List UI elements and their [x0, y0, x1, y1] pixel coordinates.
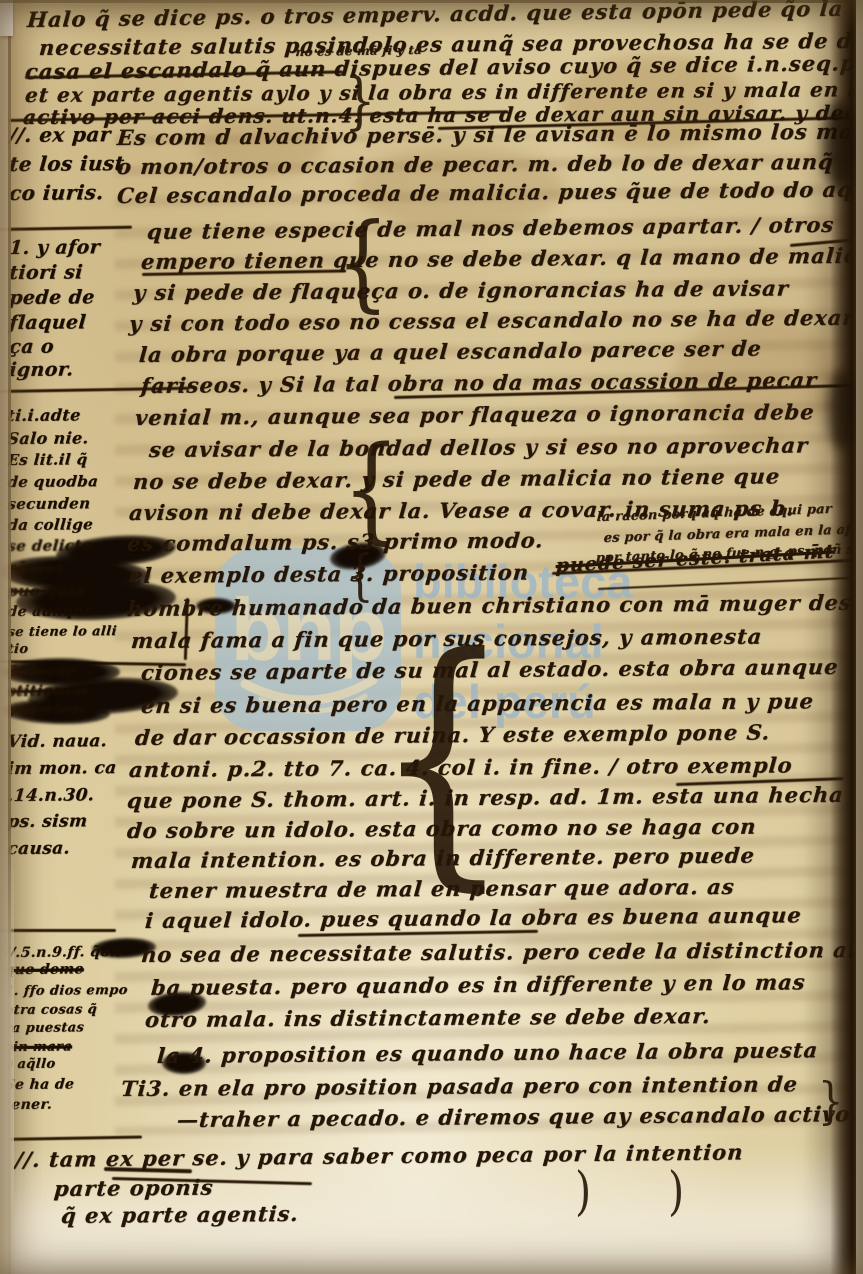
manuscript-line: i aquel idolo. pues quando la obra es bu… [144, 903, 803, 933]
manuscript-line: do sobre un idolo. esta obra como no se … [126, 815, 757, 844]
manuscript-line: es comdalum ps. s3 primo modo. [126, 528, 544, 556]
manuscript-line: tener muestra de mal en pensar que adora… [148, 875, 736, 903]
manuscript-line: no sea de necessitate salutis. pero cede… [140, 938, 863, 967]
margin-note: se tiene lo alli [7, 625, 118, 641]
manuscript-line: que pone S. thom. art. i. in resp. ad. 1… [126, 783, 845, 813]
manuscript-line: y si con todo eso no cessa el escandalo … [128, 306, 855, 336]
manuscript-line: —traher a pecado. e diremos que ay escan… [176, 1102, 851, 1132]
margin-note: y si otra. [7, 700, 85, 718]
margin-note: ra puestas [4, 1021, 85, 1037]
manuscript-line: hombre humanado da buen christiano con m… [126, 591, 853, 621]
margin-note: te los iust [8, 152, 125, 176]
margin-note: Se ha de [4, 1076, 75, 1093]
margin-note: im mon. ca [6, 759, 117, 780]
manuscript-line: Ti3. en ela pro position pasada pero con… [120, 1072, 799, 1101]
margin-note: otra cosas q̃ [4, 1003, 98, 1019]
manuscript-line: venial m., aunque sea por flaqueza o ign… [134, 400, 815, 430]
ink-underline [0, 929, 116, 932]
manuscript-line: parte oponis [53, 1176, 214, 1202]
margin-note: tener. [4, 1097, 53, 1114]
margin-note: co iuris. [8, 181, 104, 205]
manuscript-line: ciones se aparte de su mal al estado. es… [140, 655, 839, 685]
margin-note: Vid. naua. [6, 732, 107, 752]
margin-note: que deme [4, 961, 85, 978]
manuscript-line: mala intention. es obra in differente. p… [130, 844, 756, 874]
ink-underline [0, 1136, 142, 1141]
margin-note: secunden [7, 495, 91, 513]
margin-note: 1. y afor [8, 237, 101, 260]
ink-brace: ) [668, 1166, 684, 1218]
manuscript-line: mala fama a fin que por sus consejos, y … [130, 625, 763, 654]
margin-note: Es lit.il q̃ [7, 451, 89, 469]
manuscript-line: ba puesta. pero quando es in differente … [150, 970, 806, 1000]
interlinear-note: no es de mā fi y ta [295, 44, 422, 60]
margin-note: ignor. [8, 359, 74, 381]
margin-note: ti.i.adte [7, 406, 82, 425]
margin-note: puo quia [7, 582, 85, 600]
manuscript-line: //. tam ex per se. y para saber como pec… [14, 1140, 744, 1172]
margin-note: cā nos [7, 560, 64, 578]
gutter-shadow-blob [827, 370, 857, 450]
margin-note: stition. n [7, 682, 88, 700]
manuscript-line: Es com d alvachivo persē. y si le avisan… [116, 119, 863, 151]
manuscript-line: q̃ ex parte agentis. [60, 1202, 300, 1228]
manuscript-line: la 4. proposition es quando uno hace la … [156, 1038, 819, 1068]
manuscript-line: antoni. p.2. tto 7. ca. 4. col i. in fin… [128, 753, 794, 782]
margin-note: .14.n.30. [6, 786, 94, 806]
manuscript-line: el exemplo desta 3. proposition [128, 561, 530, 589]
manuscript-page: bnp biblioteca nacional del perú }{{{{})… [0, 0, 863, 1274]
margin-note: de quodba [7, 473, 99, 491]
margin-note: y aq̃llo [4, 1058, 56, 1073]
margin-note: Salo nie. [7, 429, 90, 448]
margin-note: tio [7, 643, 29, 658]
page-corner-notch [0, 0, 13, 36]
manuscript-line: y si pede de flaqueça o. de ignorancias … [132, 276, 790, 305]
ink-underline [598, 577, 850, 590]
manuscript-line: o mon/otros o ccasion de pecar. m. deb l… [116, 150, 835, 179]
margin-note: 3.lb cor [7, 662, 76, 680]
margin-note: da collige [7, 516, 94, 534]
margin-note: 1. ffo dios empo [4, 984, 128, 1000]
manuscript-line: en si es buena pero en la apparencia es … [140, 689, 815, 718]
manuscript-line: se avisar de la bondad dellos y si eso n… [148, 433, 809, 462]
manuscript-line: que tiene especie de mal nos debemos apa… [146, 213, 835, 244]
manuscript-line: Halo q̃ se dice ps. o tros emperv. acdd.… [26, 0, 863, 32]
margin-note: //. ex par [8, 123, 111, 147]
margin-note: se delicto [7, 537, 93, 555]
margin-note: //.5.n.9.ff. q̃on [4, 944, 122, 961]
manuscript-line: empero tienen que no se debe dexar. q la… [140, 244, 863, 275]
margin-note: flaquel [8, 312, 87, 335]
margin-note: causa. [6, 839, 70, 859]
manuscript-line: Cel escandalo proceda de malicia. pues q… [116, 177, 863, 208]
ink-underline [0, 226, 132, 231]
manuscript-line: no se debe dexar. y si pede de malicia n… [132, 464, 781, 494]
manuscript-line: la obra porque ya a quel escandalo parec… [138, 336, 763, 367]
margin-note: de aunq̃ne [7, 603, 94, 620]
margin-note: ps. sism [6, 812, 88, 832]
manuscript-line: fariseos. y Si la tal obra no da mas oca… [140, 368, 818, 398]
manuscript-line: de dar occassion de ruina. Y este exempl… [134, 720, 771, 750]
manuscript-line: otro mala. ins distinctamente se debe de… [144, 1004, 712, 1032]
margin-note: tiori si [8, 262, 83, 285]
margin-note: ça o [8, 337, 54, 359]
margin-note: pede de [8, 287, 95, 310]
margin-note: cin mara [4, 1040, 73, 1056]
ink-brace: ) [575, 1166, 591, 1218]
